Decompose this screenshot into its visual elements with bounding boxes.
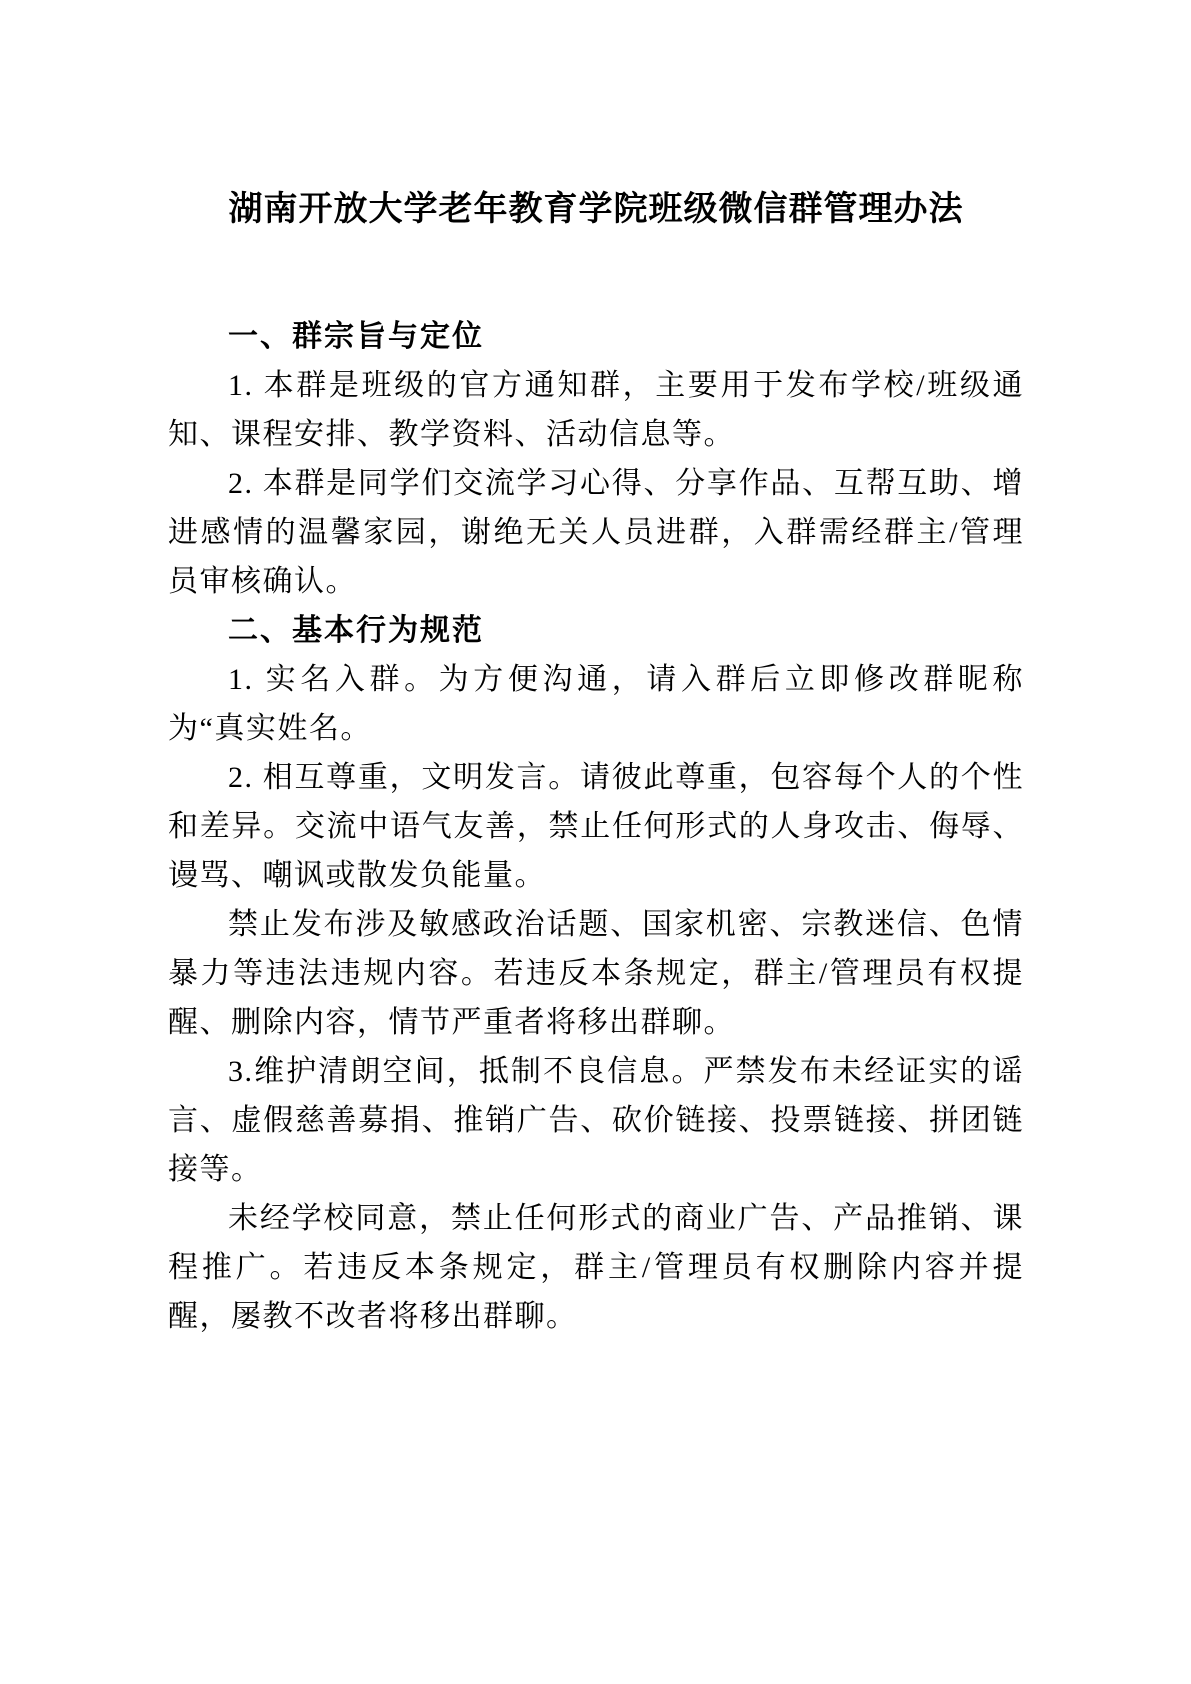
section-2-paragraph-4: 3.维护清朗空间，抵制不良信息。严禁发布未经证实的谣言、虚假慈善募捐、推销广告、… [168,1047,1024,1194]
document-title: 湖南开放大学老年教育学院班级微信群管理办法 [168,186,1024,232]
section-1-heading: 一、群宗旨与定位 [168,312,1024,361]
section-2-paragraph-5: 未经学校同意，禁止任何形式的商业广告、产品推销、课程推广。若违反本条规定，群主/… [168,1194,1024,1341]
section-2-heading: 二、基本行为规范 [168,606,1024,655]
document-page: 湖南开放大学老年教育学院班级微信群管理办法 一、群宗旨与定位 1. 本群是班级的… [0,0,1191,1684]
section-2-paragraph-2: 2. 相互尊重，文明发言。请彼此尊重，包容每个人的个性和差异。交流中语气友善，禁… [168,753,1024,900]
section-2-paragraph-3: 禁止发布涉及敏感政治话题、国家机密、宗教迷信、色情暴力等违法违规内容。若违反本条… [168,900,1024,1047]
section-1-paragraph-2: 2. 本群是同学们交流学习心得、分享作品、互帮互助、增进感情的温馨家园，谢绝无关… [168,459,1024,606]
section-2-paragraph-1: 1. 实名入群。为方便沟通，请入群后立即修改群昵称为“真实姓名。 [168,655,1024,753]
section-1-paragraph-1: 1. 本群是班级的官方通知群，主要用于发布学校/班级通知、课程安排、教学资料、活… [168,361,1024,459]
